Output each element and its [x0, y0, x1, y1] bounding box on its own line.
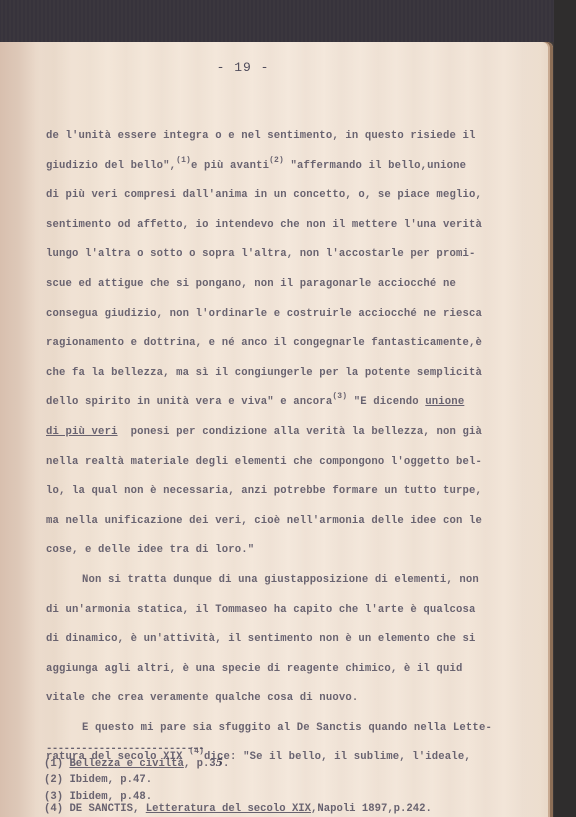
text-line: dello spirito in unità vera e viva" e an… [46, 388, 516, 418]
text-line: di più veri ponesi per condizione alla v… [46, 418, 516, 448]
footnote-2: (2) Ibidem, p.47. [44, 773, 432, 789]
text-line: aggiunga agli altri, è una specie di rea… [46, 655, 516, 685]
underlined-phrase: unione [425, 396, 464, 408]
text-line: ma nella unificazione dei veri, cioè nel… [46, 507, 516, 537]
text-line: de l'unità essere integra o e nel sentim… [46, 122, 516, 152]
text-line: di più veri compresi dall'anima in un co… [46, 181, 516, 211]
text-line: che fa la bellezza, ma sì il congiungerl… [46, 359, 516, 389]
body-text: de l'unità essere integra o e nel sentim… [46, 122, 516, 773]
text-line: nella realtà materiale degli elementi ch… [46, 448, 516, 478]
footnote-ref-2: (2) [269, 156, 284, 165]
page-number: - 19 - [0, 60, 486, 75]
scanner-backdrop-top [0, 0, 576, 42]
text-line: scue ed attigue che si pongano, non il p… [46, 270, 516, 300]
footnote-ref-1: (1) [176, 156, 191, 165]
paragraph-start-line: E questo mi pare sia sfuggito al De Sanc… [46, 714, 516, 744]
text-line: sentimento od affetto, io intendevo che … [46, 211, 516, 241]
text-line: consegua giudizio, non l'ordinarle e cos… [46, 300, 516, 330]
text-line: lo, la qual non è necessaria, anzi potre… [46, 477, 516, 507]
cited-title: Letteratura del secolo XIX [146, 803, 311, 815]
text-line: cose, e delle idee tra di loro." [46, 536, 516, 566]
text-line: ragionamento e dottrina, e né anco il co… [46, 329, 516, 359]
footnotes: (1) Bellezza e civiltà, p.35. (2) Ibidem… [44, 756, 432, 815]
text-line: giudizio del bello",(1)e più avanti(2) "… [46, 152, 516, 182]
typewritten-page: - 19 - de l'unità essere integra o e nel… [0, 42, 553, 817]
text-line: di dinamico, è un'attività, il sentiment… [46, 625, 516, 655]
scanner-backdrop-right [554, 0, 576, 817]
text-line: vitale che crea veramente qualche cosa d… [46, 684, 516, 714]
text-line: lungo l'altra o sotto o sopra l'altra, n… [46, 240, 516, 270]
paragraph-start-line: Non si tratta dunque di una giustapposiz… [46, 566, 516, 596]
cited-title: Bellezza e civiltà [69, 758, 183, 770]
footnote-4: (4) DE SANCTIS, Letteratura del secolo X… [44, 803, 432, 815]
footnote-1: (1) Bellezza e civiltà, p.35. [44, 756, 432, 773]
underlined-phrase: di più veri [46, 426, 118, 438]
footnote-separator: --------------------------- [46, 743, 204, 755]
text-line: di un'armonia statica, il Tommaseo ha ca… [46, 596, 516, 626]
footnote-ref-3: (3) [332, 392, 347, 401]
footnote-3: (3) Ibidem, p.48. [44, 791, 432, 803]
handwritten-correction: 5 [216, 757, 223, 769]
